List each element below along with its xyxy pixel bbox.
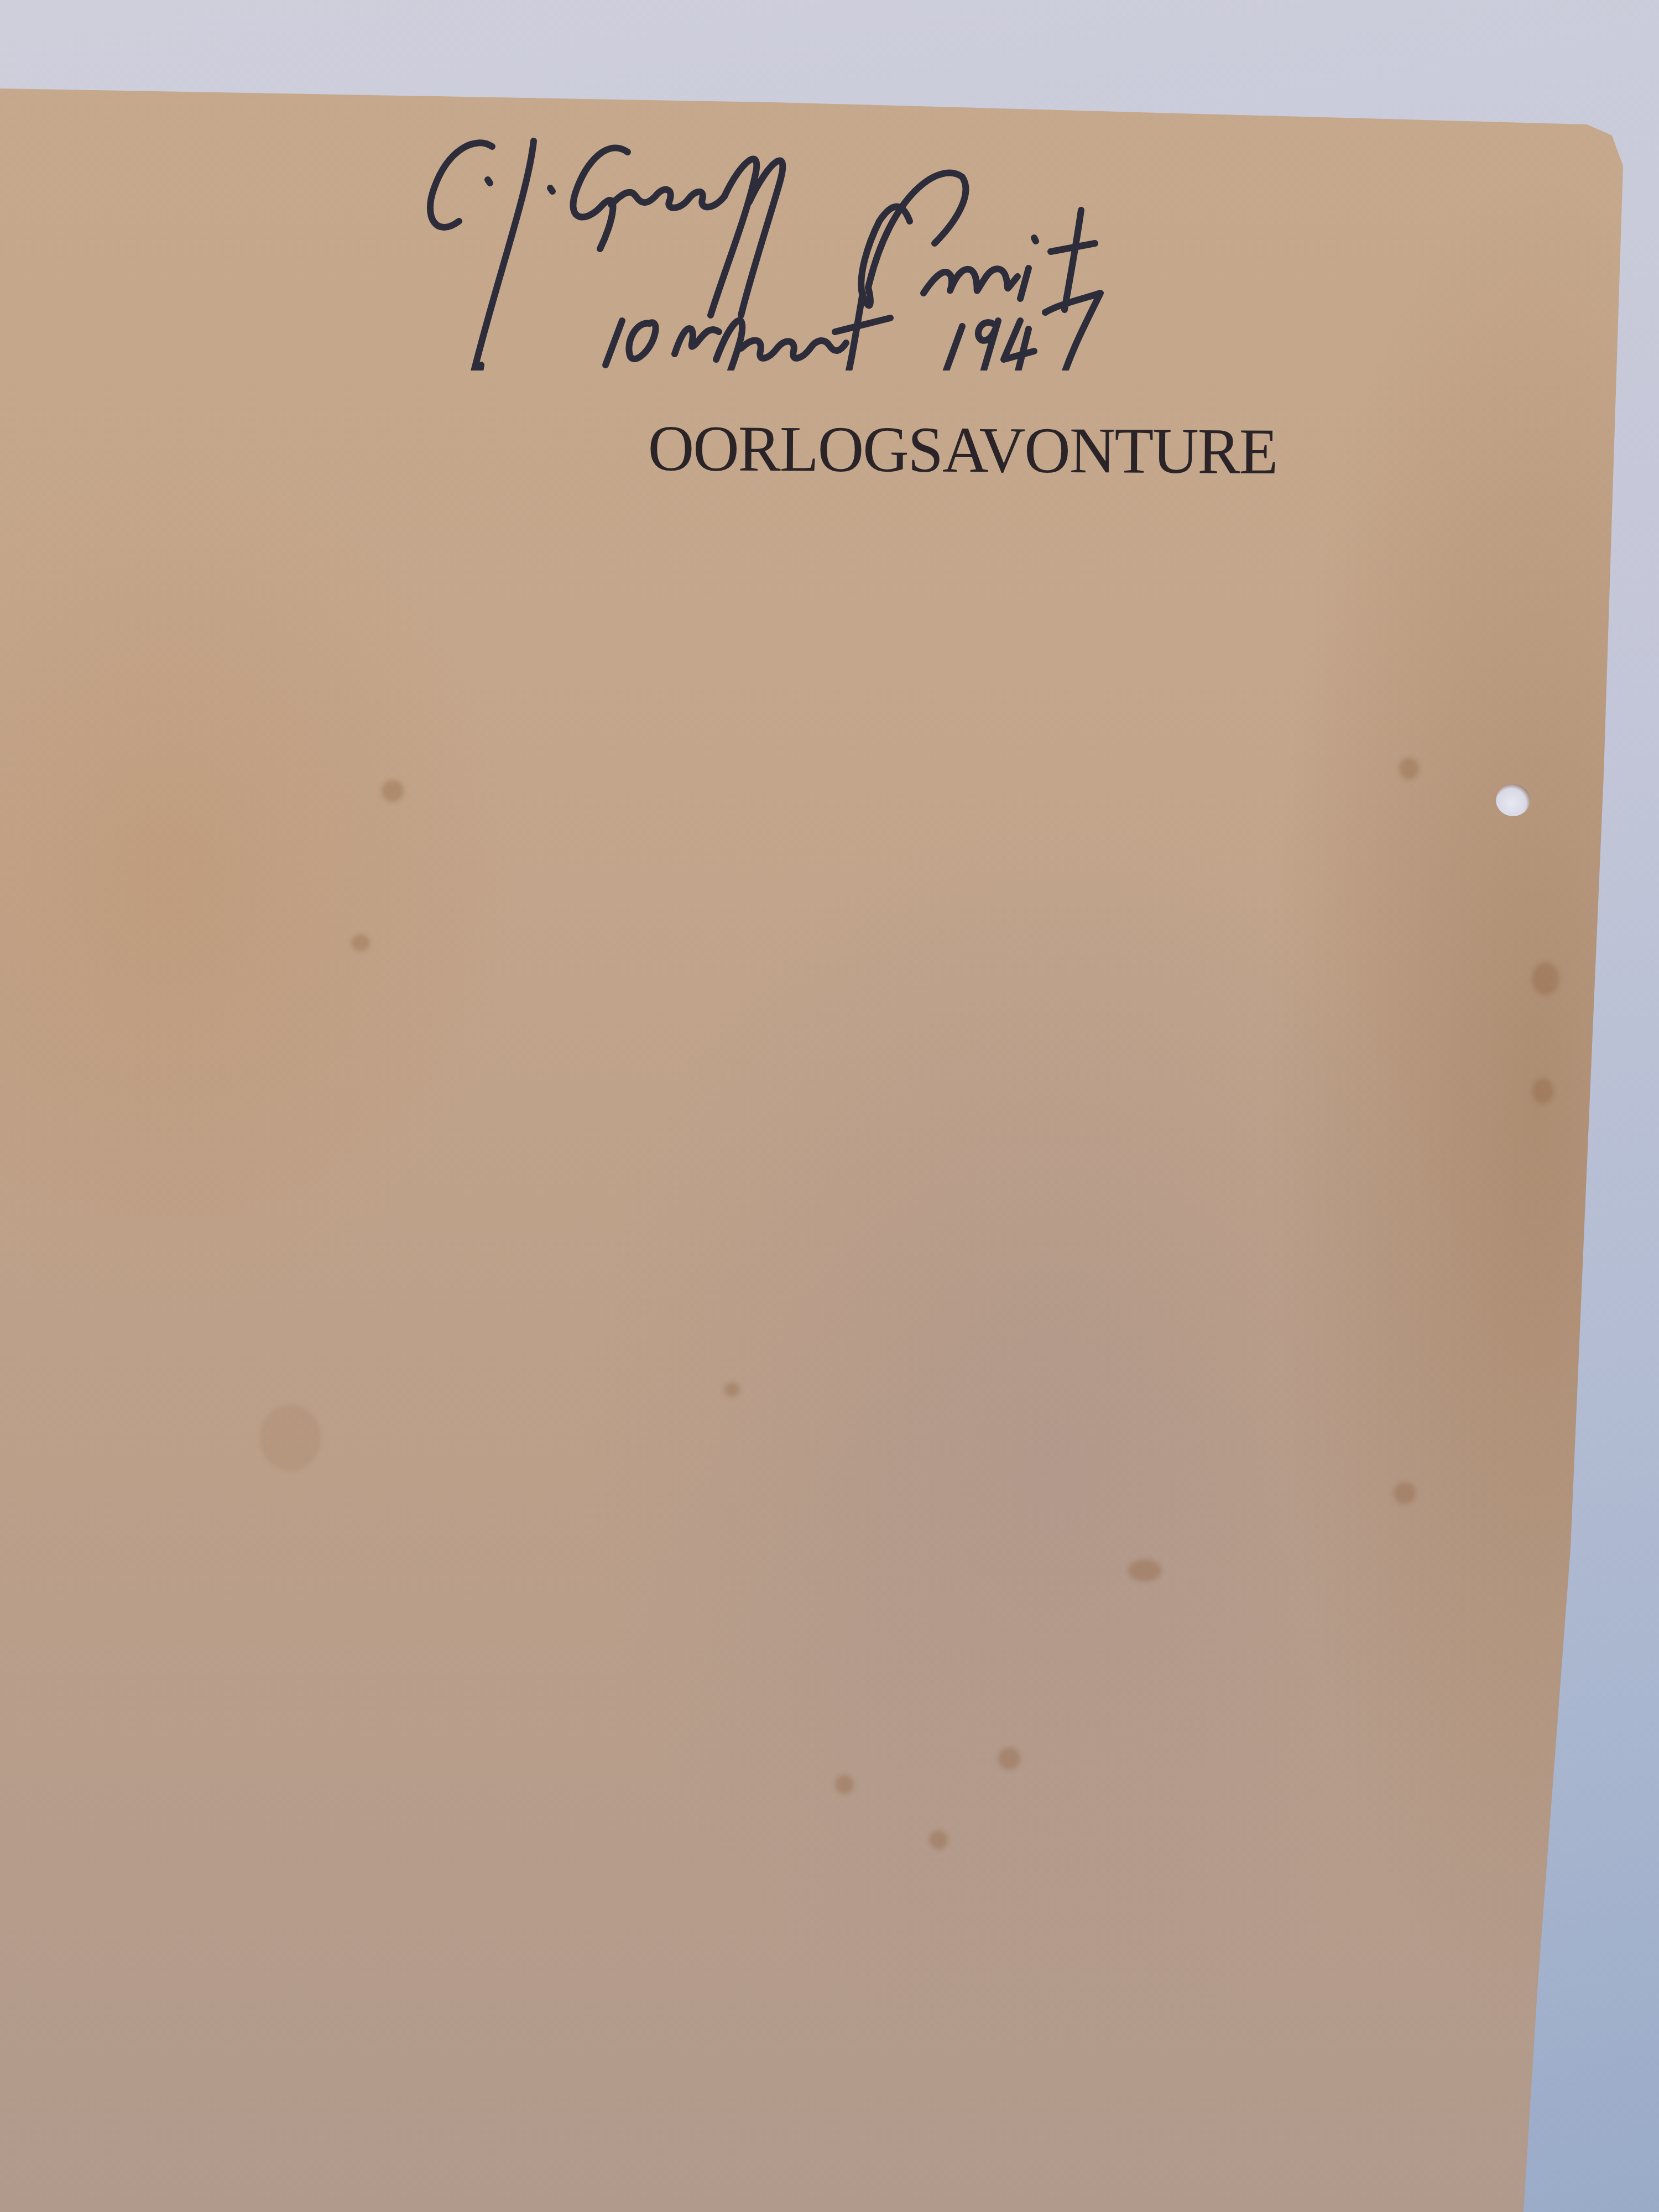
foxing-spot — [382, 780, 404, 802]
foxing-spot — [998, 1747, 1020, 1770]
foxing-spot — [929, 1830, 948, 1849]
handwritten-inscription: C. J. Greeff Smit 10 Maart 1947 — [409, 127, 1294, 371]
foxing-spot — [1532, 962, 1559, 995]
foxing-spot — [1394, 1482, 1416, 1504]
foxing-spot — [835, 1775, 854, 1794]
foxing-spot — [1399, 758, 1419, 780]
book-title: OORLOGSAVONTURE — [648, 416, 1277, 484]
foxing-spot — [1128, 1559, 1161, 1582]
handwriting-strokes — [409, 127, 1294, 371]
foxing-spot — [260, 1405, 321, 1471]
foxing-spot — [351, 935, 370, 951]
foxing-spot — [1532, 1078, 1554, 1104]
punched-hole — [1496, 784, 1530, 816]
foxing-spot — [724, 1383, 740, 1397]
